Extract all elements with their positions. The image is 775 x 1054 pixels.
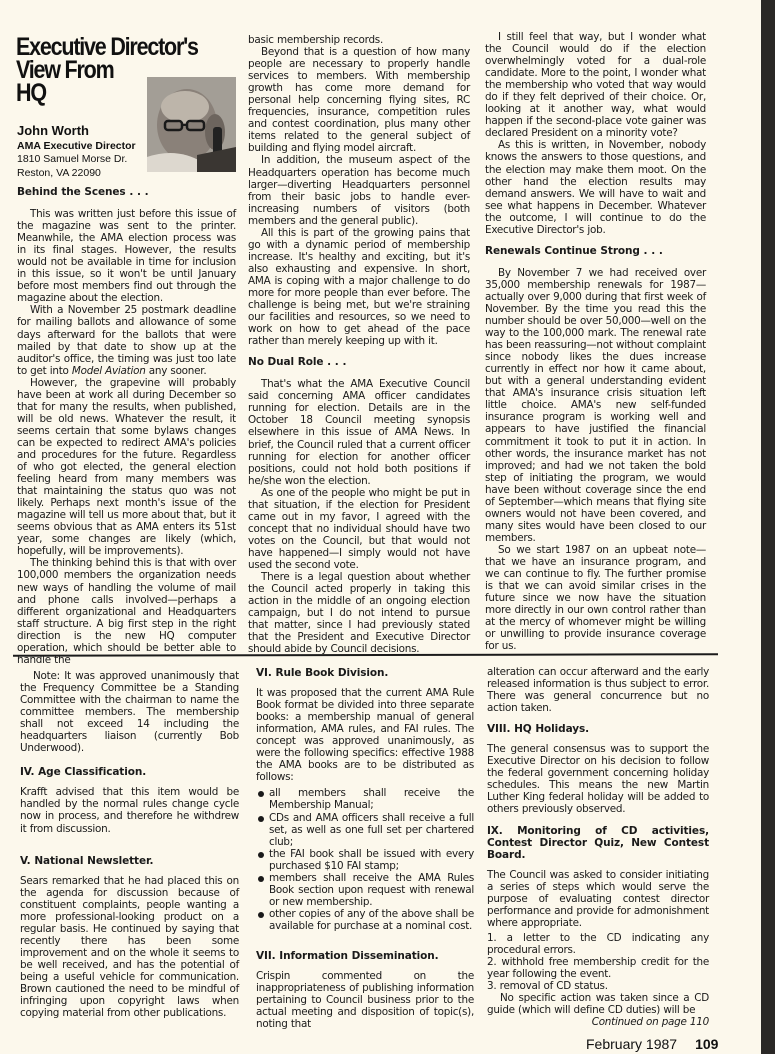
list-item: 1. a letter to the CD indicating any pro… <box>487 932 709 956</box>
paragraph: All this is part of the growing pains th… <box>248 227 470 347</box>
paragraph: No specific action was taken since a CD … <box>487 992 709 1016</box>
address-line-1: 1810 Samuel Morse Dr. <box>17 153 152 167</box>
frequency-committee-note: Note: It was approved unanimously that t… <box>20 670 239 754</box>
list-item: other copies of any of the above shall b… <box>256 908 474 932</box>
page-number: 109 <box>695 1036 718 1052</box>
admonishment-steps-list: 1. a letter to the CD indicating any pro… <box>487 932 709 992</box>
list-item: all members shall receive the Membership… <box>256 787 474 811</box>
paragraph: However, the grapevine will probably hav… <box>17 377 236 558</box>
author-photo <box>147 77 236 172</box>
paragraph: Crispin commented on the inappropriatene… <box>256 970 474 1030</box>
paragraph: The thinking behind this is that with ov… <box>17 557 236 665</box>
paragraph: There is a legal question about whether … <box>248 571 470 655</box>
address-line-2: Reston, VA 22090 <box>17 167 152 181</box>
paragraph: With a November 25 postmark deadline for… <box>17 304 236 376</box>
rule-book-distribution-list: all members shall receive the Membership… <box>256 787 474 932</box>
paragraph: This was written just before this issue … <box>17 208 236 304</box>
portrait-illustration-icon <box>147 77 236 172</box>
section-heading-ix: IX. Monitoring of CD activities, Contest… <box>487 825 709 861</box>
magazine-page: Executive Director's View From HQ John W… <box>0 0 761 1054</box>
paragraph: basic membership records. <box>248 34 470 46</box>
paragraph: By November 7 we had received over 35,00… <box>485 267 706 544</box>
section-heading-viii: VIII. HQ Holidays. <box>487 723 709 735</box>
top-column-3: I still feel that way, but I wonder what… <box>485 31 706 652</box>
section-heading-vi: VI. Rule Book Division. <box>256 667 474 679</box>
list-item: 3. removal of CD status. <box>487 980 709 992</box>
list-item: the FAI book shall be issued with every … <box>256 848 474 872</box>
author-role: AMA Executive Director <box>17 139 152 153</box>
page-footer: February 1987109 <box>586 1036 718 1052</box>
section-heading-iv: IV. Age Classification. <box>20 766 239 778</box>
bottom-column-2: VI. Rule Book Division. It was proposed … <box>256 663 474 1030</box>
paragraph: That's what the AMA Executive Council sa… <box>248 378 470 486</box>
section-heading-renewals: Renewals Continue Strong . . . <box>485 245 706 257</box>
paragraph: It was proposed that the current AMA Rul… <box>256 687 474 783</box>
section-heading-no-dual-role: No Dual Role . . . <box>248 356 470 368</box>
magazine-name: Model Aviation <box>72 365 146 377</box>
author-name: John Worth <box>17 123 152 139</box>
section-divider-rule <box>13 653 718 656</box>
list-item: CDs and AMA officers shall receive a ful… <box>256 812 474 848</box>
paragraph: alteration can occur afterward and the e… <box>487 666 709 714</box>
issue-date: February 1987 <box>586 1036 677 1052</box>
bottom-column-3: alteration can occur afterward and the e… <box>487 666 709 1028</box>
paragraph: The general consensus was to support the… <box>487 743 709 815</box>
paragraph: In addition, the museum aspect of the He… <box>248 154 470 226</box>
continued-on-link[interactable]: Continued on page 110 <box>487 1016 709 1028</box>
paragraph: As this is written, in November, nobody … <box>485 139 706 235</box>
top-column-1: Behind the Scenes . . . This was written… <box>17 186 236 666</box>
section-heading-v: V. National Newsletter. <box>20 855 239 867</box>
section-heading-behind-the-scenes: Behind the Scenes . . . <box>17 186 236 198</box>
paragraph: The Council was asked to consider initia… <box>487 869 709 929</box>
paragraph: Sears remarked that he had placed this o… <box>20 875 239 1020</box>
paragraph: Krafft advised that this item would be h… <box>20 786 239 834</box>
paragraph: So we start 1987 on an upbeat note—that … <box>485 544 706 652</box>
paragraph: As one of the people who might be put in… <box>248 487 470 571</box>
list-item: members shall receive the AMA Rules Book… <box>256 872 474 908</box>
paragraph: I still feel that way, but I wonder what… <box>485 31 706 139</box>
author-byline: John Worth AMA Executive Director 1810 S… <box>17 123 152 180</box>
list-item: 2. withhold free membership credit for t… <box>487 956 709 980</box>
paragraph: Beyond that is a question of how many pe… <box>248 46 470 154</box>
top-column-2: basic membership records. Beyond that is… <box>248 34 470 655</box>
bottom-column-1: Note: It was approved unanimously that t… <box>20 670 239 1019</box>
section-heading-vii: VII. Information Dissemination. <box>256 950 474 962</box>
